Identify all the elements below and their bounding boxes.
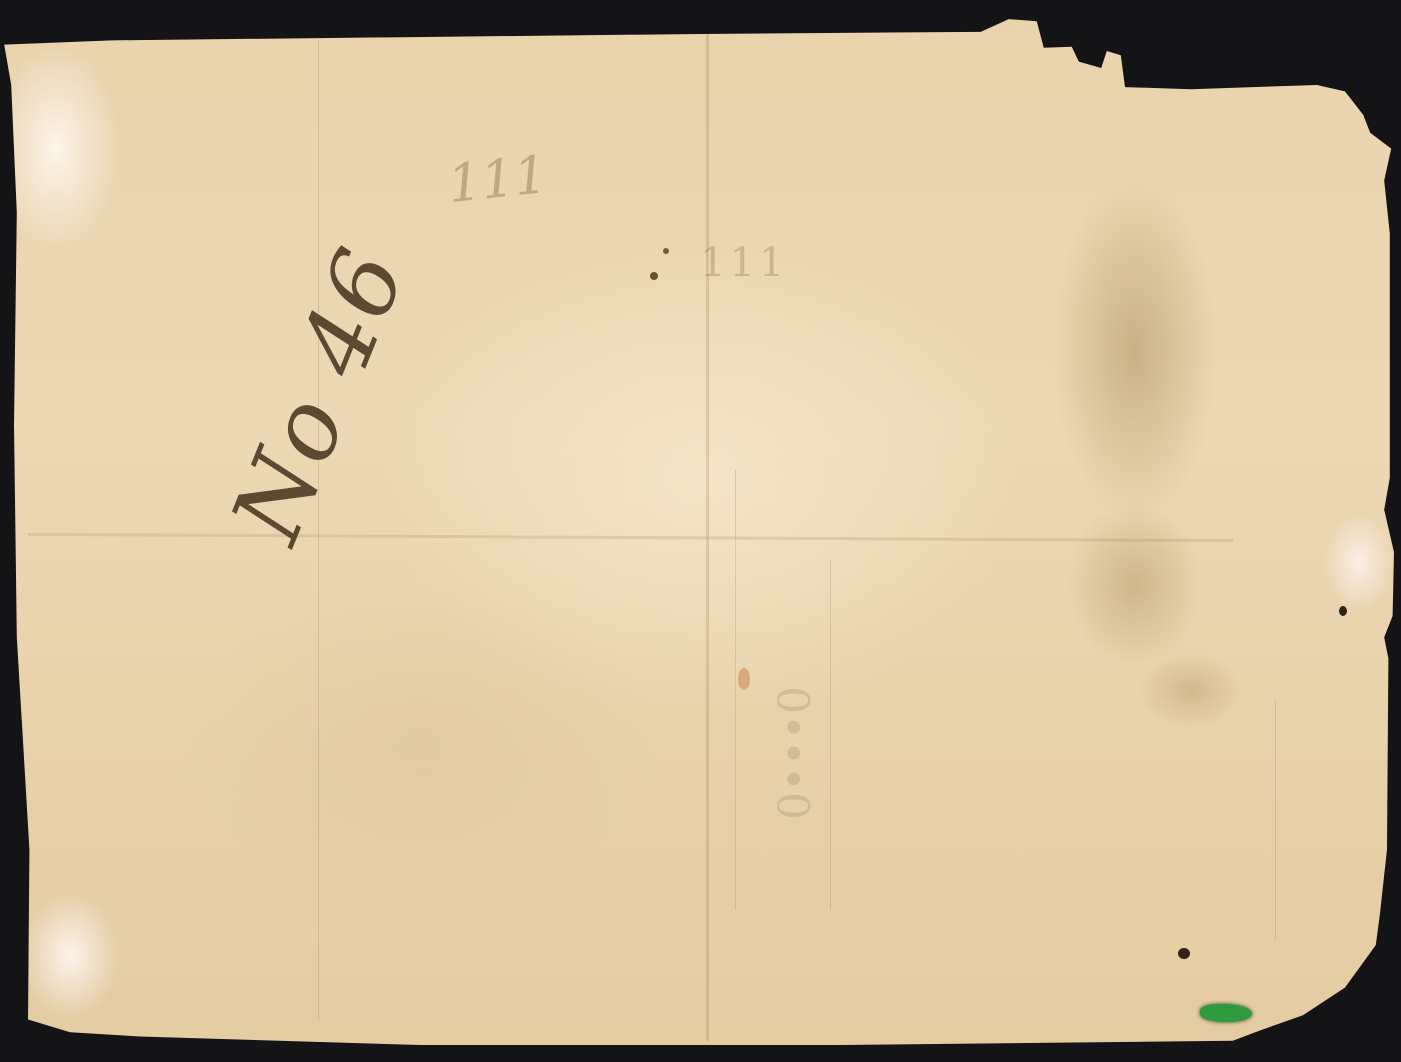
border-rule-center-right	[830, 560, 831, 910]
green-mold-spot	[1200, 1004, 1252, 1022]
ink-spot	[1339, 606, 1347, 616]
horizontal-fold-line	[28, 533, 1233, 542]
border-rule-right	[1275, 700, 1276, 940]
faint-vertical-bleedthrough: 0•••0	[770, 686, 821, 820]
aged-paper-note: 111 111 0•••0 No 46	[0, 0, 1401, 1062]
ink-spot	[663, 248, 669, 254]
handwritten-serial-number: No 46	[210, 233, 428, 557]
ink-spot	[1178, 948, 1190, 959]
faint-center-inscription: 111	[700, 240, 788, 286]
rust-spot	[738, 668, 750, 690]
border-rule-center	[735, 470, 736, 910]
faint-top-inscription: 111	[445, 145, 550, 215]
ink-spot	[650, 272, 658, 280]
